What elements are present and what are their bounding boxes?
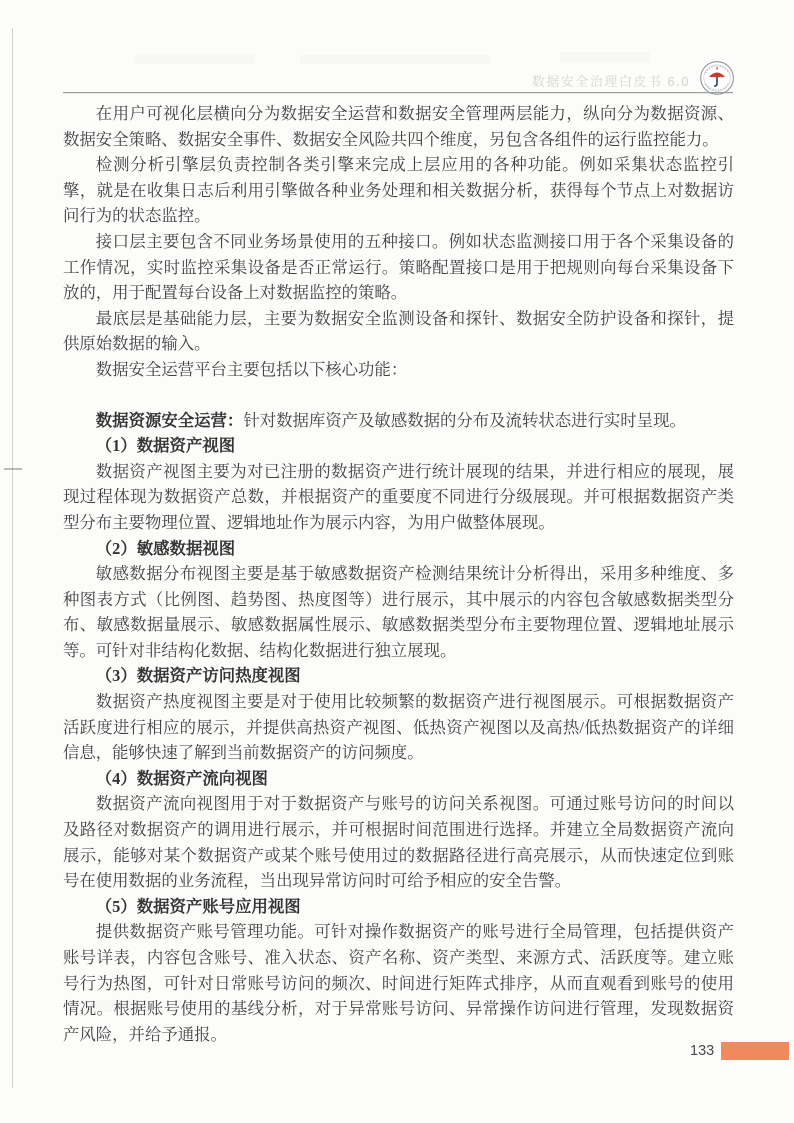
section-lead: 数据资源安全运营：针对数据库资产及敏感数据的分布及流转状态进行实时呈现。	[63, 408, 734, 434]
paragraph: 最底层是基础能力层，主要为数据安全监测设备和探针、数据安全防护设备和探针，提供原…	[63, 306, 734, 357]
page-number: 133	[690, 1043, 714, 1059]
bleed-through-smudge	[300, 55, 490, 64]
bleed-through-smudge	[135, 54, 255, 64]
subheading-3: （3）数据资产访问热度视图	[63, 663, 734, 689]
paragraph: 敏感数据分布视图主要是基于敏感数据资产检测结果统计分析得出，采用多种维度、多种图…	[63, 561, 734, 663]
publisher-umbrella-logo-icon	[699, 60, 735, 96]
paragraph: 检测分析引擎层负责控制各类引擎来完成上层应用的各种功能。例如采集状态监控引擎，就…	[63, 152, 734, 229]
section-lead-title: 数据资源安全运营：	[96, 411, 244, 430]
paragraph: 提供数据资产账号管理功能。可针对操作数据资产的账号进行全局管理，包括提供资产账号…	[63, 919, 734, 1047]
paragraph: 数据安全运营平台主要包括以下核心功能：	[63, 357, 734, 383]
bleed-through-smudge	[560, 52, 650, 62]
scan-artifact-vertical-line	[12, 28, 13, 1088]
paragraph: 接口层主要包含不同业务场景使用的五种接口。例如状态监测接口用于各个采集设备的工作…	[63, 229, 734, 306]
subheading-2: （2）敏感数据视图	[63, 536, 734, 562]
section-lead-text: 针对数据库资产及敏感数据的分布及流转状态进行实时呈现。	[243, 411, 686, 430]
page-body: 在用户可视化层横向分为数据安全运营和数据安全管理两层能力，纵向分为数据资源、数据…	[63, 101, 734, 1047]
document-page: 数据安全治理白皮书 6.0 在用户可视化层横向分为数据安全运营和数据安全管理两层…	[0, 0, 794, 1123]
paragraph: 在用户可视化层横向分为数据安全运营和数据安全管理两层能力，纵向分为数据资源、数据…	[63, 101, 734, 152]
paragraph: 数据资产热度视图主要是对于使用比较频繁的数据资产进行视图展示。可根据数据资产活跃…	[63, 689, 734, 766]
subheading-4: （4）数据资产流向视图	[63, 766, 734, 792]
paragraph: 数据资产视图主要为对已注册的数据资产进行统计展现的结果，并进行相应的展现，展现过…	[63, 459, 734, 536]
scan-artifact-tick	[4, 468, 22, 470]
subheading-1: （1）数据资产视图	[63, 433, 734, 459]
paragraph: 数据资产流向视图用于对于数据资产与账号的访问关系视图。可通过账号访问的时间以及路…	[63, 791, 734, 893]
subheading-5: （5）数据资产账号应用视图	[63, 894, 734, 920]
header-divider	[63, 92, 733, 93]
header-title: 数据安全治理白皮书 6.0	[532, 71, 690, 90]
page-number-accent-bar	[721, 1042, 789, 1060]
